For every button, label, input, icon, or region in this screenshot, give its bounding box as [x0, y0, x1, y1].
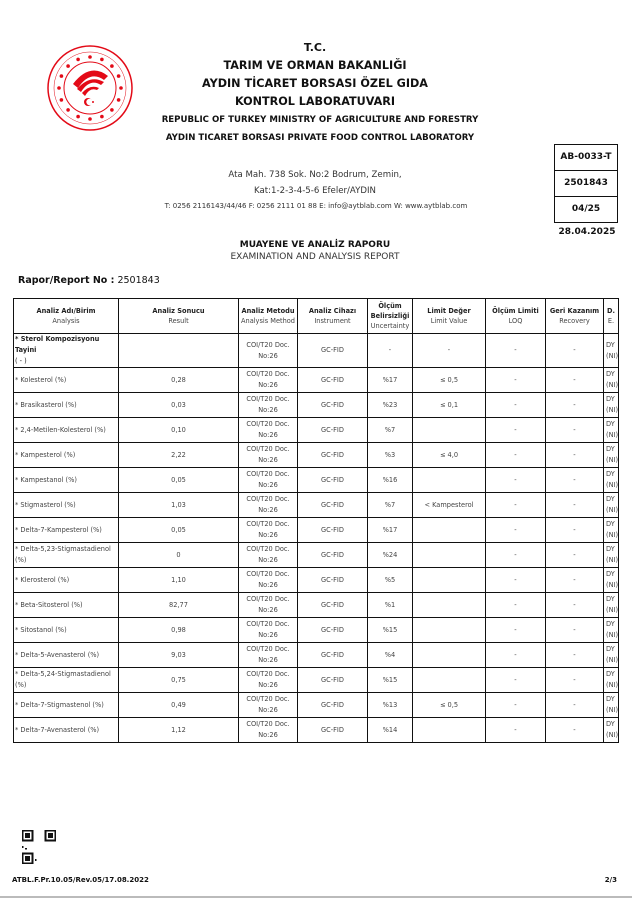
- uncertainty-cell: %7: [368, 493, 413, 518]
- limit-cell: [413, 568, 486, 593]
- analysis-name: * Sterol Kompozisyonu Tayini: [15, 335, 99, 354]
- uncertainty-cell: %7: [368, 418, 413, 443]
- de-cell: DY (NI): [604, 393, 619, 418]
- method-cell: COI/T20 Doc. No:26: [239, 443, 298, 468]
- instrument-cell: GC-FID: [298, 593, 368, 618]
- result-cell: 0,05: [119, 468, 239, 493]
- method-cell: COI/T20 Doc. No:26: [239, 693, 298, 718]
- analysis-name-cell: * Delta-5-Avenasterol (%): [14, 643, 119, 668]
- report-number: Rapor/Report No : 2501843: [18, 275, 160, 286]
- column-header-tr: Ölçüm Belirsizliği: [369, 301, 411, 321]
- period-code: 04/25: [555, 197, 617, 222]
- table-row: * Delta-7-Kampesterol (%)0,05COI/T20 Doc…: [14, 518, 619, 543]
- result-cell: 0,98: [119, 618, 239, 643]
- instrument-cell: GC-FID: [298, 668, 368, 693]
- instrument-cell: GC-FID: [298, 643, 368, 668]
- de-cell: DY (NI): [604, 618, 619, 643]
- header-ministry-tr: TARIM VE ORMAN BAKANLIĞI: [150, 59, 480, 72]
- column-header-tr: Analiz Sonucu: [120, 306, 237, 316]
- recovery-cell: -: [546, 393, 604, 418]
- method-cell: COI/T20 Doc. No:26: [239, 418, 298, 443]
- report-number-value: 2501843: [114, 275, 159, 286]
- report-title-tr: MUAYENE VE ANALİZ RAPORU: [200, 240, 430, 250]
- column-header: Geri KazanımRecovery: [546, 299, 604, 334]
- method-cell: COI/T20 Doc. No:26: [239, 468, 298, 493]
- recovery-cell: -: [546, 418, 604, 443]
- column-header-tr: Analiz Cihazı: [299, 306, 366, 316]
- de-cell: DY (NI): [604, 518, 619, 543]
- table-row: * Beta-Sitosterol (%)82,77COI/T20 Doc. N…: [14, 593, 619, 618]
- recovery-cell: -: [546, 643, 604, 668]
- uncertainty-cell: %24: [368, 543, 413, 568]
- instrument-cell: GC-FID: [298, 493, 368, 518]
- table-row: * Delta-5,24-Stigmastadienol (%)0,75COI/…: [14, 668, 619, 693]
- column-header-en: Uncertainty: [371, 322, 410, 330]
- limit-cell: -: [413, 334, 486, 368]
- de-cell: DY (NI): [604, 568, 619, 593]
- recovery-cell: -: [546, 693, 604, 718]
- uncertainty-cell: %3: [368, 443, 413, 468]
- method-cell: COI/T20 Doc. No:26: [239, 518, 298, 543]
- instrument-cell: GC-FID: [298, 334, 368, 368]
- instrument-cell: GC-FID: [298, 568, 368, 593]
- column-header-tr: D.: [605, 306, 617, 316]
- de-cell: DY (NI): [604, 334, 619, 368]
- limit-cell: ≤ 0,1: [413, 393, 486, 418]
- method-cell: COI/T20 Doc. No:26: [239, 543, 298, 568]
- loq-cell: -: [486, 618, 546, 643]
- table-row: * Sitostanol (%)0,98COI/T20 Doc. No:26GC…: [14, 618, 619, 643]
- method-cell: COI/T20 Doc. No:26: [239, 618, 298, 643]
- result-cell: 0,03: [119, 393, 239, 418]
- table-row: * Sterol Kompozisyonu Tayini( - )COI/T20…: [14, 334, 619, 368]
- uncertainty-cell: %15: [368, 668, 413, 693]
- recovery-cell: -: [546, 668, 604, 693]
- column-header-tr: Geri Kazanım: [547, 306, 602, 316]
- de-cell: DY (NI): [604, 418, 619, 443]
- analysis-name-cell: * Delta-5,23-Stigmastadienol (%): [14, 543, 119, 568]
- analysis-name: * Brasikasterol (%): [15, 401, 77, 409]
- instrument-cell: GC-FID: [298, 468, 368, 493]
- analysis-name-cell: * Beta-Sitosterol (%): [14, 593, 119, 618]
- recovery-cell: -: [546, 368, 604, 393]
- result-cell: 0,75: [119, 668, 239, 693]
- analysis-name: * Beta-Sitosterol (%): [15, 601, 83, 609]
- instrument-cell: GC-FID: [298, 543, 368, 568]
- method-cell: COI/T20 Doc. No:26: [239, 718, 298, 743]
- analysis-name-cell: * Kampestanol (%): [14, 468, 119, 493]
- column-header-en: LOQ: [509, 317, 523, 325]
- de-cell: DY (NI): [604, 693, 619, 718]
- column-header-tr: Ölçüm Limiti: [487, 306, 544, 316]
- instrument-cell: GC-FID: [298, 368, 368, 393]
- recovery-cell: -: [546, 568, 604, 593]
- instrument-cell: GC-FID: [298, 443, 368, 468]
- column-header-en: Result: [168, 317, 188, 325]
- result-cell: 0,05: [119, 518, 239, 543]
- header-ministry-en: REPUBLIC OF TURKEY MINISTRY OF AGRICULTU…: [160, 115, 480, 125]
- address-line-1: Ata Mah. 738 Sok. No:2 Bodrum, Zemin,: [150, 170, 480, 180]
- code-box: AB-0033-T 2501843 04/25: [554, 144, 618, 223]
- report-title-en: EXAMINATION AND ANALYSIS REPORT: [200, 252, 430, 262]
- uncertainty-cell: %5: [368, 568, 413, 593]
- analysis-name: * Delta-5-Avenasterol (%): [15, 651, 99, 659]
- header-tc: T.C.: [150, 41, 480, 54]
- limit-cell: ≤ 0,5: [413, 693, 486, 718]
- address-line-2: Kat:1-2-3-4-5-6 Efeler/AYDIN: [150, 186, 480, 196]
- analysis-name: * Sitostanol (%): [15, 626, 67, 634]
- table-row: * Delta-7-Avenasterol (%)1,12COI/T20 Doc…: [14, 718, 619, 743]
- result-cell: 2,22: [119, 443, 239, 468]
- instrument-cell: GC-FID: [298, 418, 368, 443]
- result-cell: 82,77: [119, 593, 239, 618]
- result-cell: 0: [119, 543, 239, 568]
- uncertainty-cell: %15: [368, 618, 413, 643]
- loq-cell: -: [486, 518, 546, 543]
- table-row: * Delta-5-Avenasterol (%)9,03COI/T20 Doc…: [14, 643, 619, 668]
- recovery-cell: -: [546, 493, 604, 518]
- analysis-name-cell: * 2,4-Metilen-Kolesterol (%): [14, 418, 119, 443]
- method-cell: COI/T20 Doc. No:26: [239, 668, 298, 693]
- column-header-en: Analysis: [52, 317, 79, 325]
- recovery-cell: -: [546, 518, 604, 543]
- loq-cell: -: [486, 693, 546, 718]
- column-header-en: Analysis Method: [241, 317, 295, 325]
- analysis-name: * Delta-7-Avenasterol (%): [15, 726, 99, 734]
- column-header: Analiz SonucuResult: [119, 299, 239, 334]
- recovery-cell: -: [546, 718, 604, 743]
- analysis-unit: ( - ): [15, 357, 27, 365]
- analysis-name-cell: * Stigmasterol (%): [14, 493, 119, 518]
- loq-cell: -: [486, 668, 546, 693]
- header-lab-tr-1: AYDIN TİCARET BORSASI ÖZEL GIDA: [150, 77, 480, 90]
- column-header: Ölçüm BelirsizliğiUncertainty: [368, 299, 413, 334]
- analysis-name: * Kampesterol (%): [15, 451, 75, 459]
- column-header: Analiz MetoduAnalysis Method: [239, 299, 298, 334]
- limit-cell: ≤ 0,5: [413, 368, 486, 393]
- analysis-name: * Delta-5,23-Stigmastadienol (%): [15, 545, 111, 564]
- analysis-name-cell: * Delta-7-Kampesterol (%): [14, 518, 119, 543]
- analysis-name-cell: * Sitostanol (%): [14, 618, 119, 643]
- method-cell: COI/T20 Doc. No:26: [239, 493, 298, 518]
- limit-cell: [413, 543, 486, 568]
- recovery-cell: -: [546, 618, 604, 643]
- qr-code: [22, 830, 56, 864]
- analysis-name-cell: * Delta-7-Avenasterol (%): [14, 718, 119, 743]
- limit-cell: [413, 418, 486, 443]
- column-header-tr: Analiz Adı/Birim: [15, 306, 117, 316]
- limit-cell: [413, 668, 486, 693]
- method-cell: COI/T20 Doc. No:26: [239, 643, 298, 668]
- loq-cell: -: [486, 543, 546, 568]
- column-header: Ölçüm LimitiLOQ: [486, 299, 546, 334]
- instrument-cell: GC-FID: [298, 693, 368, 718]
- column-header: Analiz Adı/BirimAnalysis: [14, 299, 119, 334]
- loq-cell: -: [486, 593, 546, 618]
- de-cell: DY (NI): [604, 718, 619, 743]
- de-cell: DY (NI): [604, 643, 619, 668]
- result-cell: 0,10: [119, 418, 239, 443]
- uncertainty-cell: %13: [368, 693, 413, 718]
- column-header-tr: Analiz Metodu: [240, 306, 296, 316]
- analysis-name: * Stigmasterol (%): [15, 501, 76, 509]
- method-cell: COI/T20 Doc. No:26: [239, 568, 298, 593]
- result-cell: 0,49: [119, 693, 239, 718]
- analysis-name-cell: * Delta-5,24-Stigmastadienol (%): [14, 668, 119, 693]
- method-cell: COI/T20 Doc. No:26: [239, 334, 298, 368]
- results-table: Analiz Adı/BirimAnalysisAnaliz SonucuRes…: [13, 298, 619, 743]
- report-date: 28.04.2025: [556, 227, 618, 237]
- de-cell: DY (NI): [604, 368, 619, 393]
- column-header: D.E.: [604, 299, 619, 334]
- uncertainty-cell: %17: [368, 518, 413, 543]
- loq-cell: -: [486, 334, 546, 368]
- table-row: * Klerosterol (%)1,10COI/T20 Doc. No:26G…: [14, 568, 619, 593]
- uncertainty-cell: %23: [368, 393, 413, 418]
- table-row: * Brasikasterol (%)0,03COI/T20 Doc. No:2…: [14, 393, 619, 418]
- limit-cell: [413, 643, 486, 668]
- report-number-label: Rapor/Report No :: [18, 275, 114, 286]
- result-cell: 1,10: [119, 568, 239, 593]
- page-number: 2/3: [605, 876, 617, 884]
- limit-cell: [413, 618, 486, 643]
- recovery-cell: -: [546, 443, 604, 468]
- column-header-en: E.: [608, 317, 614, 325]
- analysis-name: * Delta-7-Kampesterol (%): [15, 526, 102, 534]
- column-header-en: Instrument: [314, 317, 350, 325]
- analysis-name: * Kolesterol (%): [15, 376, 66, 384]
- analysis-name-cell: * Brasikasterol (%): [14, 393, 119, 418]
- table-row: * 2,4-Metilen-Kolesterol (%)0,10COI/T20 …: [14, 418, 619, 443]
- result-cell: 1,12: [119, 718, 239, 743]
- analysis-name: * Delta-7-Stigmastenol (%): [15, 701, 104, 709]
- analysis-name-cell: * Sterol Kompozisyonu Tayini( - ): [14, 334, 119, 368]
- report-number-code: 2501843: [555, 171, 617, 197]
- uncertainty-cell: %16: [368, 468, 413, 493]
- de-cell: DY (NI): [604, 468, 619, 493]
- result-cell: [119, 334, 239, 368]
- recovery-cell: -: [546, 593, 604, 618]
- loq-cell: -: [486, 568, 546, 593]
- loq-cell: -: [486, 718, 546, 743]
- method-cell: COI/T20 Doc. No:26: [239, 393, 298, 418]
- header-lab-tr-2: KONTROL LABORATUVARI: [150, 95, 480, 108]
- de-cell: DY (NI): [604, 493, 619, 518]
- ministry-logo: [46, 44, 134, 132]
- instrument-cell: GC-FID: [298, 393, 368, 418]
- de-cell: DY (NI): [604, 543, 619, 568]
- limit-cell: < Kampesterol: [413, 493, 486, 518]
- limit-cell: [413, 468, 486, 493]
- column-header-tr: Limit Değer: [414, 306, 484, 316]
- result-cell: 1,03: [119, 493, 239, 518]
- result-cell: 0,28: [119, 368, 239, 393]
- analysis-name-cell: * Kampesterol (%): [14, 443, 119, 468]
- contact-info: T: 0256 2116143/44/46 F: 0256 2111 01 88…: [152, 202, 480, 210]
- instrument-cell: GC-FID: [298, 718, 368, 743]
- uncertainty-cell: %4: [368, 643, 413, 668]
- uncertainty-cell: %14: [368, 718, 413, 743]
- table-row: * Delta-5,23-Stigmastadienol (%)0COI/T20…: [14, 543, 619, 568]
- column-header: Analiz CihazıInstrument: [298, 299, 368, 334]
- header-lab-en: AYDIN TICARET BORSASI PRIVATE FOOD CONTR…: [160, 133, 480, 143]
- accreditation-code: AB-0033-T: [555, 145, 617, 171]
- analysis-name-cell: * Klerosterol (%): [14, 568, 119, 593]
- table-row: * Kolesterol (%)0,28COI/T20 Doc. No:26GC…: [14, 368, 619, 393]
- loq-cell: -: [486, 418, 546, 443]
- de-cell: DY (NI): [604, 443, 619, 468]
- limit-cell: [413, 593, 486, 618]
- method-cell: COI/T20 Doc. No:26: [239, 593, 298, 618]
- uncertainty-cell: -: [368, 334, 413, 368]
- loq-cell: -: [486, 493, 546, 518]
- analysis-name: * Kampestanol (%): [15, 476, 77, 484]
- analysis-name-cell: * Delta-7-Stigmastenol (%): [14, 693, 119, 718]
- table-row: * Kampestanol (%)0,05COI/T20 Doc. No:26G…: [14, 468, 619, 493]
- method-cell: COI/T20 Doc. No:26: [239, 368, 298, 393]
- loq-cell: -: [486, 468, 546, 493]
- instrument-cell: GC-FID: [298, 518, 368, 543]
- column-header-en: Limit Value: [431, 317, 468, 325]
- result-cell: 9,03: [119, 643, 239, 668]
- analysis-name: * Delta-5,24-Stigmastadienol (%): [15, 670, 111, 689]
- column-header: Limit DeğerLimit Value: [413, 299, 486, 334]
- table-header-row: Analiz Adı/BirimAnalysisAnaliz SonucuRes…: [14, 299, 619, 334]
- de-cell: DY (NI): [604, 593, 619, 618]
- form-code: ATBL.F.Pr.10.05/Rev.05/17.08.2022: [12, 876, 149, 884]
- loq-cell: -: [486, 443, 546, 468]
- analysis-name-cell: * Kolesterol (%): [14, 368, 119, 393]
- uncertainty-cell: %1: [368, 593, 413, 618]
- loq-cell: -: [486, 368, 546, 393]
- recovery-cell: -: [546, 334, 604, 368]
- uncertainty-cell: %17: [368, 368, 413, 393]
- recovery-cell: -: [546, 468, 604, 493]
- recovery-cell: -: [546, 543, 604, 568]
- loq-cell: -: [486, 393, 546, 418]
- table-row: * Kampesterol (%)2,22COI/T20 Doc. No:26G…: [14, 443, 619, 468]
- limit-cell: [413, 518, 486, 543]
- analysis-name: * Klerosterol (%): [15, 576, 69, 584]
- limit-cell: ≤ 4,0: [413, 443, 486, 468]
- analysis-name: * 2,4-Metilen-Kolesterol (%): [15, 426, 106, 434]
- limit-cell: [413, 718, 486, 743]
- table-row: * Stigmasterol (%)1,03COI/T20 Doc. No:26…: [14, 493, 619, 518]
- de-cell: DY (NI): [604, 668, 619, 693]
- table-row: * Delta-7-Stigmastenol (%)0,49COI/T20 Do…: [14, 693, 619, 718]
- loq-cell: -: [486, 643, 546, 668]
- instrument-cell: GC-FID: [298, 618, 368, 643]
- column-header-en: Recovery: [559, 317, 590, 325]
